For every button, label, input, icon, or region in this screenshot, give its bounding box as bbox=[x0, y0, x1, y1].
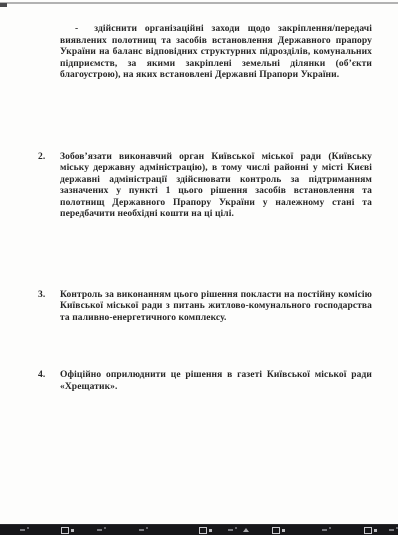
list-marker: 3. bbox=[38, 290, 45, 302]
list-item-4: 4. Офіційно оприлюднити це рішення в газ… bbox=[60, 370, 372, 393]
taskbar-glyph-icon[interactable] bbox=[389, 529, 394, 531]
window-icon[interactable] bbox=[364, 527, 372, 534]
list-marker: - bbox=[75, 24, 78, 34]
scanned-document-page: -здійснити організаційні заходи щодо зак… bbox=[0, 0, 398, 535]
list-marker: 4. bbox=[38, 370, 45, 382]
list-item-text: Контроль за виконанням цього рішення пок… bbox=[60, 290, 372, 323]
arrow-up-icon[interactable] bbox=[243, 528, 249, 532]
taskbar-glyph-icon[interactable] bbox=[228, 529, 233, 531]
taskbar-glyph-icon[interactable] bbox=[139, 529, 144, 531]
window-icon[interactable] bbox=[272, 527, 280, 534]
taskbar-glyph-icon[interactable] bbox=[322, 529, 327, 531]
list-item-text: здійснити організаційні заходи щодо закр… bbox=[60, 24, 372, 80]
taskbar-glyph-icon[interactable] bbox=[97, 529, 102, 531]
window-icon[interactable] bbox=[61, 527, 69, 534]
page-top-rule bbox=[0, 2, 398, 4]
page-top-rule-cap bbox=[0, 3, 7, 7]
list-item-text: Зобов’язати виконавчий орган Київської м… bbox=[60, 152, 372, 220]
list-marker: 2. bbox=[38, 152, 45, 164]
list-item-2: 2. Зобов’язати виконавчий орган Київсько… bbox=[60, 152, 372, 221]
taskbar-sliver[interactable] bbox=[0, 524, 398, 535]
taskbar-glyph-icon[interactable] bbox=[20, 529, 25, 531]
window-icon[interactable] bbox=[199, 527, 207, 534]
list-item-text: Офіційно оприлюднити це рішення в газеті… bbox=[60, 370, 372, 392]
list-item-3: 3. Контроль за виконанням цього рішення … bbox=[60, 290, 372, 325]
list-item-dash: -здійснити організаційні заходи щодо зак… bbox=[60, 24, 372, 82]
